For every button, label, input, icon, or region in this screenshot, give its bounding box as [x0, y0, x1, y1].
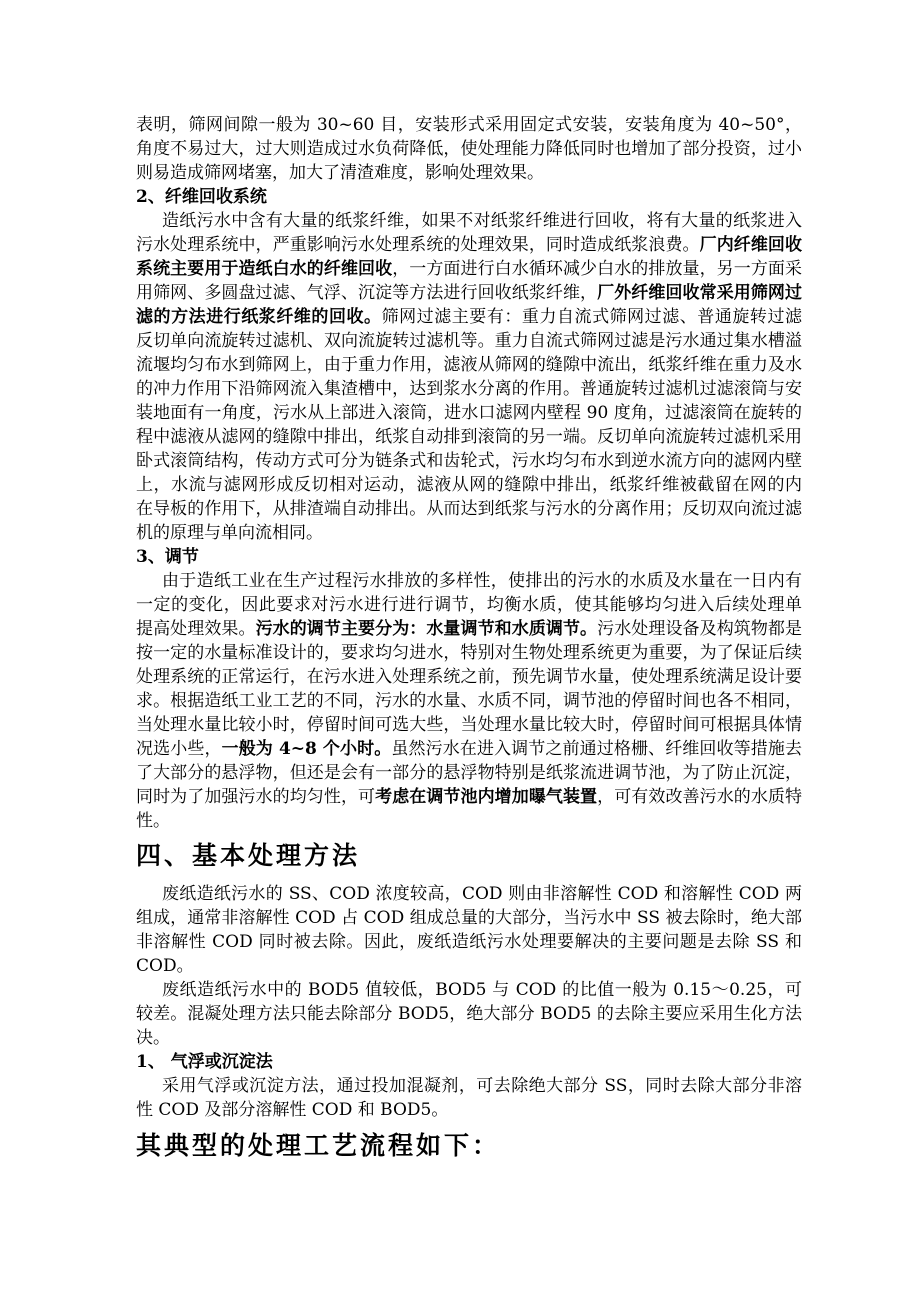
- text-run: 机的原理与单向流相同。: [136, 523, 323, 543]
- bold-text-run: 系统主要用于造纸白水的纤维回收: [136, 259, 392, 279]
- bold-text-run: 考虑在调节池内增加曝气装置: [375, 787, 597, 807]
- text-run: 况选小些，: [136, 739, 222, 759]
- text-run: 上，水流与滤网形成反切相对运动，滤液从网的缝隙中排出，纸浆纤维被截留在网的内壁，: [136, 475, 802, 497]
- bold-text-run: 滤的方法进行纸浆纤维的回收。: [136, 307, 382, 327]
- text-run: 性。: [136, 811, 170, 831]
- text-run: 决。: [136, 1028, 170, 1048]
- text-run: 表明，筛网间隙一般为 30~60 目，安装形式采用固定式安装，安装角度为 40~…: [136, 115, 802, 137]
- text-run: 程中滤液从滤网的缝隙中排出，纸浆自动排到滚筒的另一端。反切单向流旋转过滤机采用: [136, 427, 802, 447]
- text-line: 非溶解性 COD 同时被去除。因此，废纸造纸污水处理要解决的主要问题是去除 SS…: [136, 930, 802, 954]
- text-run: 卧式滚筒结构，传动方式可分为链条式和齿轮式，污水均匀布水到逆水流方向的滤网内壁: [136, 451, 802, 471]
- text-run: 由于造纸工业在生产过程污水排放的多样性，使排出的污水的水质及水量在一日内有: [162, 571, 802, 591]
- text-run: 污水处理设备及构筑物都是: [597, 619, 802, 639]
- text-run: 求。根据造纸工业工艺的不同，污水的水量、水质不同，调节池的停留时间也各不相同，: [136, 691, 802, 711]
- text-line: 废纸造纸污水中的 BOD5 值较低，BOD5 与 COD 的比值一般为 0.15…: [136, 978, 802, 1002]
- text-line: 组成，通常非溶解性 COD 占 COD 组成总量的大部分，当污水中 SS 被去除…: [136, 906, 802, 930]
- text-run: 污水处理系统中，严重影响污水处理系统的处理效果，同时造成纸浆浪费。: [136, 235, 700, 255]
- text-line: 机的原理与单向流相同。: [136, 521, 802, 545]
- text-run: 提高处理效果。: [136, 619, 256, 639]
- text-run: 按一定的水量标准设计的，要求均匀进水，特别对生物处理系统更为重要，为了保证后续: [136, 643, 802, 663]
- text-run: 的冲力作用下沿筛网流入集渣槽中，达到浆水分离的作用。普通旋转过滤机过滤滚筒与安: [136, 379, 802, 399]
- text-run: 则易造成筛网堵塞，加大了清渣难度，影响处理效果。: [136, 163, 544, 183]
- text-line: COD。: [136, 954, 802, 978]
- bold-text-run: 一般为 4~8 个小时。: [222, 739, 392, 759]
- text-run: 非溶解性 COD 同时被去除。因此，废纸造纸污水处理要解决的主要问题是去除 SS…: [136, 932, 802, 952]
- text-line: 在导板的作用下，从排渣端自动排出。从而达到纸浆与污水的分离作用；反切双向流过滤: [136, 497, 802, 521]
- text-line: 程中滤液从滤网的缝隙中排出，纸浆自动排到滚筒的另一端。反切单向流旋转过滤机采用: [136, 425, 802, 449]
- text-run: 采用气浮或沉淀方法，通过投加混凝剂，可去除绝大部分 SS，同时去除大部分非溶解: [136, 1076, 802, 1098]
- text-run: 同时为了加强污水的均匀性，可: [136, 787, 375, 807]
- text-line: 废纸造纸污水的 SS、COD 浓度较高，COD 则由非溶解性 COD 和溶解性 …: [136, 882, 802, 906]
- text-line: 造纸污水中含有大量的纸浆纤维，如果不对纸浆纤维进行回收，将有大量的纸浆进入: [136, 209, 802, 233]
- text-run: 反切单向流旋转过滤机、双向流旋转过滤机等。重力自流式筛网过滤是污水通过集水槽溢: [136, 331, 802, 351]
- text-line: 求。根据造纸工业工艺的不同，污水的水量、水质不同，调节池的停留时间也各不相同，: [136, 689, 802, 713]
- text-line: 当处理水量比较小时，停留时间可选大些，当处理水量比较大时，停留时间可根据具体情: [136, 713, 802, 737]
- text-line: 卧式滚筒结构，传动方式可分为链条式和齿轮式，污水均匀布水到逆水流方向的滤网内壁: [136, 449, 802, 473]
- text-line: 一定的变化，因此要求对污水进行进行调节，均衡水质，使其能够均匀进入后续处理单元，: [136, 593, 802, 617]
- text-line: 性 COD 及部分溶解性 COD 和 BOD5。: [136, 1098, 802, 1122]
- sub-heading: 3、调节: [136, 545, 802, 569]
- text-run: 角度不易过大，过大则造成过水负荷降低，使处理能力降低同时也增加了部分投资，过小: [136, 139, 802, 159]
- text-run: 了大部分的悬浮物，但还是会有一部分的悬浮物特别是纸浆流进调节池，为了防止沉淀，: [136, 763, 802, 783]
- text-line: 反切单向流旋转过滤机、双向流旋转过滤机等。重力自流式筛网过滤是污水通过集水槽溢: [136, 329, 802, 353]
- text-line: 流堰均匀布水到筛网上，由于重力作用，滤液从筛网的缝隙中流出，纸浆纤维在重力及水: [136, 353, 802, 377]
- document-body: 表明，筛网间隙一般为 30~60 目，安装形式采用固定式安装，安装角度为 40~…: [136, 113, 802, 1163]
- text-run: COD。: [136, 956, 194, 976]
- text-run: 组成，通常非溶解性 COD 占 COD 组成总量的大部分，当污水中 SS 被去除…: [136, 908, 802, 930]
- text-line: 由于造纸工业在生产过程污水排放的多样性，使排出的污水的水质及水量在一日内有: [136, 569, 802, 593]
- text-run: 废纸造纸污水中的 BOD5 值较低，BOD5 与 COD 的比值一般为 0.15…: [136, 980, 802, 1002]
- document-page: 表明，筛网间隙一般为 30~60 目，安装形式采用固定式安装，安装角度为 40~…: [0, 0, 920, 1302]
- section-heading: 其典型的处理工艺流程如下：: [136, 1129, 802, 1163]
- text-line: 较差。混凝处理方法只能去除部分 BOD5，绝大部分 BOD5 的去除主要应采用生…: [136, 1002, 802, 1026]
- text-run: 较差。混凝处理方法只能去除部分 BOD5，绝大部分 BOD5 的去除主要应采用生…: [136, 1004, 802, 1026]
- text-line: 按一定的水量标准设计的，要求均匀进水，特别对生物处理系统更为重要，为了保证后续: [136, 641, 802, 665]
- text-line: 采用气浮或沉淀方法，通过投加混凝剂，可去除绝大部分 SS，同时去除大部分非溶解: [136, 1074, 802, 1098]
- bold-text-run: 污水的调节主要分为：水量调节和水质调节。: [256, 619, 598, 639]
- text-line: 表明，筛网间隙一般为 30~60 目，安装形式采用固定式安装，安装角度为 40~…: [136, 113, 802, 137]
- text-line: 用筛网、多圆盘过滤、气浮、沉淀等方法进行回收纸浆纤维，厂外纤维回收常采用筛网过: [136, 281, 802, 305]
- text-line: 则易造成筛网堵塞，加大了清渣难度，影响处理效果。: [136, 161, 802, 185]
- text-line: 角度不易过大，过大则造成过水负荷降低，使处理能力降低同时也增加了部分投资，过小: [136, 137, 802, 161]
- text-line: 污水处理系统中，严重影响污水处理系统的处理效果，同时造成纸浆浪费。厂内纤维回收: [136, 233, 802, 257]
- text-run: 造纸污水中含有大量的纸浆纤维，如果不对纸浆纤维进行回收，将有大量的纸浆进入: [162, 211, 802, 231]
- text-run: ，可有效改善污水的水质特: [597, 787, 802, 807]
- text-line: 提高处理效果。污水的调节主要分为：水量调节和水质调节。污水处理设备及构筑物都是: [136, 617, 802, 641]
- text-run: 用筛网、多圆盘过滤、气浮、沉淀等方法进行回收纸浆纤维，: [136, 283, 597, 303]
- text-line: 况选小些，一般为 4~8 个小时。虽然污水在进入调节之前通过格栅、纤维回收等措施…: [136, 737, 802, 761]
- sub-heading: 1、 气浮或沉淀法: [136, 1050, 802, 1074]
- text-line: 性。: [136, 809, 802, 833]
- text-run: 流堰均匀布水到筛网上，由于重力作用，滤液从筛网的缝隙中流出，纸浆纤维在重力及水: [136, 355, 802, 375]
- text-run: 当处理水量比较小时，停留时间可选大些，当处理水量比较大时，停留时间可根据具体情: [136, 715, 802, 735]
- text-line: 决。: [136, 1026, 802, 1050]
- text-line: 同时为了加强污水的均匀性，可考虑在调节池内增加曝气装置，可有效改善污水的水质特: [136, 785, 802, 809]
- text-run: ，一方面进行白水循环减少白水的排放量，另一方面采: [392, 259, 802, 279]
- text-line: 上，水流与滤网形成反切相对运动，滤液从网的缝隙中排出，纸浆纤维被截留在网的内壁，: [136, 473, 802, 497]
- text-line: 了大部分的悬浮物，但还是会有一部分的悬浮物特别是纸浆流进调节池，为了防止沉淀，: [136, 761, 802, 785]
- bold-text-run: 厂外纤维回收常采用筛网过: [597, 283, 802, 303]
- text-run: 废纸造纸污水的 SS、COD 浓度较高，COD 则由非溶解性 COD 和溶解性 …: [136, 884, 802, 906]
- text-line: 滤的方法进行纸浆纤维的回收。筛网过滤主要有：重力自流式筛网过滤、普通旋转过滤机、: [136, 305, 802, 329]
- text-line: 处理系统的正常运行，在污水进入处理系统之前，预先调节水量，使处理系统满足设计要: [136, 665, 802, 689]
- text-run: 在导板的作用下，从排渣端自动排出。从而达到纸浆与污水的分离作用；反切双向流过滤: [136, 499, 802, 519]
- sub-heading: 2、纤维回收系统: [136, 185, 802, 209]
- text-line: 装地面有一角度，污水从上部进入滚筒，进水口滤网内壁程 90 度角，过滤滚筒在旋转…: [136, 401, 802, 425]
- text-line: 系统主要用于造纸白水的纤维回收，一方面进行白水循环减少白水的排放量，另一方面采: [136, 257, 802, 281]
- section-heading: 四、基本处理方法: [136, 839, 802, 873]
- text-run: 处理系统的正常运行，在污水进入处理系统之前，预先调节水量，使处理系统满足设计要: [136, 667, 802, 687]
- text-line: 的冲力作用下沿筛网流入集渣槽中，达到浆水分离的作用。普通旋转过滤机过滤滚筒与安: [136, 377, 802, 401]
- bold-text-run: 厂内纤维回收: [700, 235, 802, 255]
- text-run: 一定的变化，因此要求对污水进行进行调节，均衡水质，使其能够均匀进入后续处理单元，: [136, 595, 802, 617]
- text-run: 装地面有一角度，污水从上部进入滚筒，进水口滤网内壁程 90 度角，过滤滚筒在旋转…: [136, 403, 802, 425]
- text-run: 性 COD 及部分溶解性 COD 和 BOD5。: [136, 1100, 448, 1120]
